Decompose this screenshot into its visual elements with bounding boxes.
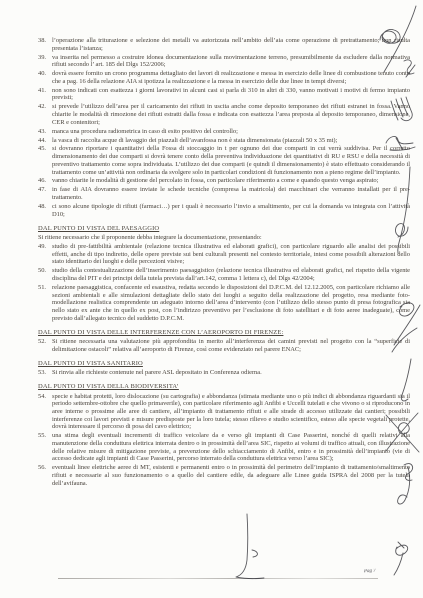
signature-paraph-1 [380,6,416,72]
signature-paraph-6 [392,303,420,352]
signature-paraph-5 [395,167,410,253]
signature-paraph-9 [398,464,413,505]
scanned-document-page: 38. l’operazione alla triturazione e sel… [0,0,423,598]
signature-paraph-2 [404,60,415,77]
pen-stroke-bottom-center [236,514,264,579]
signature-paraph-7 [401,359,411,401]
signature-paraph-3 [391,97,412,121]
pen-annotations-overlay [0,0,423,598]
signature-paraph-10 [394,542,408,575]
signature-paraph-4 [386,136,415,150]
signature-paraph-8 [386,413,419,452]
